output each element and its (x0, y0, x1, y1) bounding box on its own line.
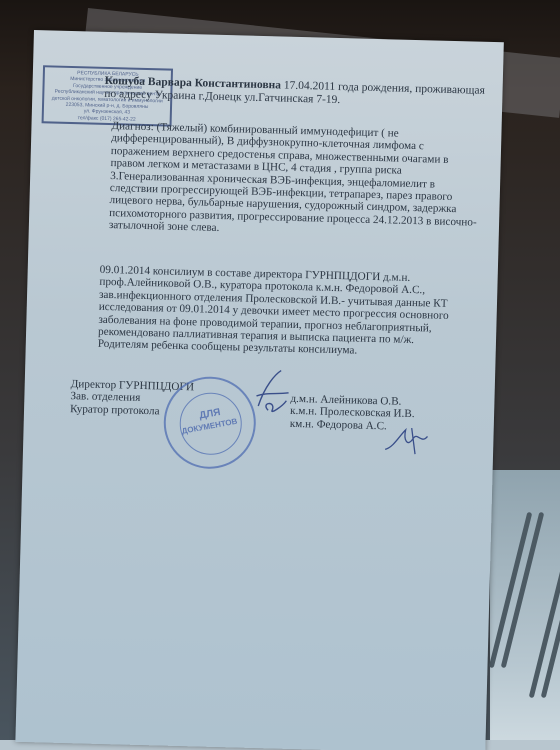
diagnosis-paragraph: Диагноз: (Тяжелый) комбинированный иммун… (109, 120, 490, 242)
background-surface (490, 470, 560, 750)
round-official-stamp: ДЛЯ ДОКУМЕНТОВ (163, 376, 257, 470)
council-paragraph: 09.01.2014 консилиум в составе директора… (98, 264, 490, 361)
handwritten-signature-icon (383, 423, 434, 458)
background-stripe (529, 542, 560, 698)
document-page: РЕСПУБЛИКА БЕЛАРУСЬ Министерство здравоо… (15, 30, 503, 750)
